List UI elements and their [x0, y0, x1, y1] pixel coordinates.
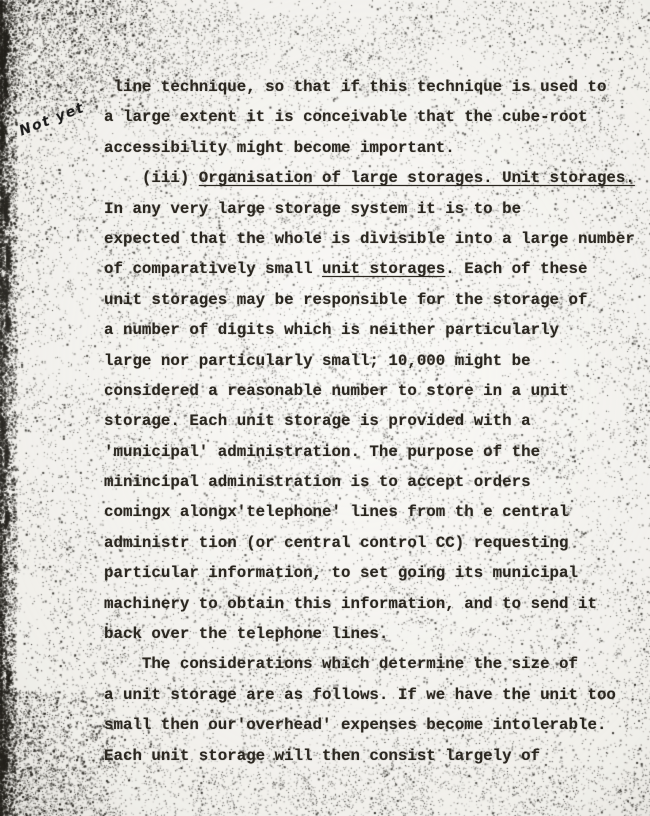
text-segment: considered a reasonable number to store …	[104, 382, 569, 400]
text-segment: . Each of these	[445, 260, 587, 278]
text-line-3: accessibility might become important.	[104, 133, 650, 163]
text-line-9: a number of digits which is neither part…	[104, 315, 650, 345]
text-line-4: (iii) Organisation of large storages. Un…	[104, 163, 650, 193]
typewritten-text: line technique, so that if this techniqu…	[104, 72, 650, 771]
text-segment: unit storages may be responsible for the…	[104, 291, 587, 309]
text-line-8: unit storages may be responsible for the…	[104, 285, 650, 315]
text-line-20: The considerations which determine the s…	[104, 649, 650, 679]
text-line-12: storage. Each unit storage is provided w…	[104, 406, 650, 436]
text-line-5: In any very large storage system it is t…	[104, 194, 650, 224]
text-segment: accessibility might become important.	[104, 139, 455, 157]
text-segment: minincipal administration is to accept o…	[104, 473, 531, 491]
text-segment: storage. Each unit storage is provided w…	[104, 412, 531, 430]
text-line-18: machinery to obtain this information, an…	[104, 589, 650, 619]
text-segment: back over the telephone lines.	[104, 625, 388, 643]
text-segment: machinery to obtain this information, an…	[104, 595, 597, 613]
text-segment: line technique, so that if this techniqu…	[104, 78, 606, 96]
text-line-23: Each unit storage will then consist larg…	[104, 741, 650, 771]
text-segment: administr tion (or central control CC) r…	[104, 534, 569, 552]
underlined-text: unit storages	[322, 260, 445, 278]
underlined-text: Organisation of large storages. Unit sto…	[199, 169, 635, 187]
text-line-6: expected that the whole is divisible int…	[104, 224, 650, 254]
text-segment: small then our'overhead' expenses become…	[104, 716, 606, 734]
text-line-11: considered a reasonable number to store …	[104, 376, 650, 406]
text-segment: comingx alongx'telephone' lines from th …	[104, 503, 569, 521]
text-segment: particular information, to set going its…	[104, 564, 578, 582]
text-segment: In any very large storage system it is t…	[104, 200, 521, 218]
text-line-1: line technique, so that if this techniqu…	[104, 72, 650, 102]
text-segment: (iii)	[104, 169, 199, 187]
text-line-14: minincipal administration is to accept o…	[104, 467, 650, 497]
text-segment: of comparatively small	[104, 260, 322, 278]
text-line-15: comingx alongx'telephone' lines from th …	[104, 497, 650, 527]
text-line-19: back over the telephone lines.	[104, 619, 650, 649]
text-segment: The considerations which determine the s…	[104, 655, 578, 673]
text-segment: Each unit storage will then consist larg…	[104, 747, 540, 765]
text-line-2: a large extent it is conceivable that th…	[104, 102, 650, 132]
text-segment: a large extent it is conceivable that th…	[104, 108, 587, 126]
scanned-page: Not yet line technique, so that if this …	[0, 0, 650, 816]
text-line-13: 'municipal' administration. The purpose …	[104, 437, 650, 467]
text-segment: expected that the whole is divisible int…	[104, 230, 635, 248]
text-line-16: administr tion (or central control CC) r…	[104, 528, 650, 558]
text-segment: 'municipal' administration. The purpose …	[104, 443, 540, 461]
text-segment: a number of digits which is neither part…	[104, 321, 559, 339]
text-line-10: large nor particularly small; 10,000 mig…	[104, 346, 650, 376]
text-line-17: particular information, to set going its…	[104, 558, 650, 588]
text-segment: a unit storage are as follows. If we hav…	[104, 686, 616, 704]
text-line-21: a unit storage are as follows. If we hav…	[104, 680, 650, 710]
text-line-7: of comparatively small unit storages. Ea…	[104, 254, 650, 284]
text-line-22: small then our'overhead' expenses become…	[104, 710, 650, 740]
text-segment: large nor particularly small; 10,000 mig…	[104, 352, 531, 370]
